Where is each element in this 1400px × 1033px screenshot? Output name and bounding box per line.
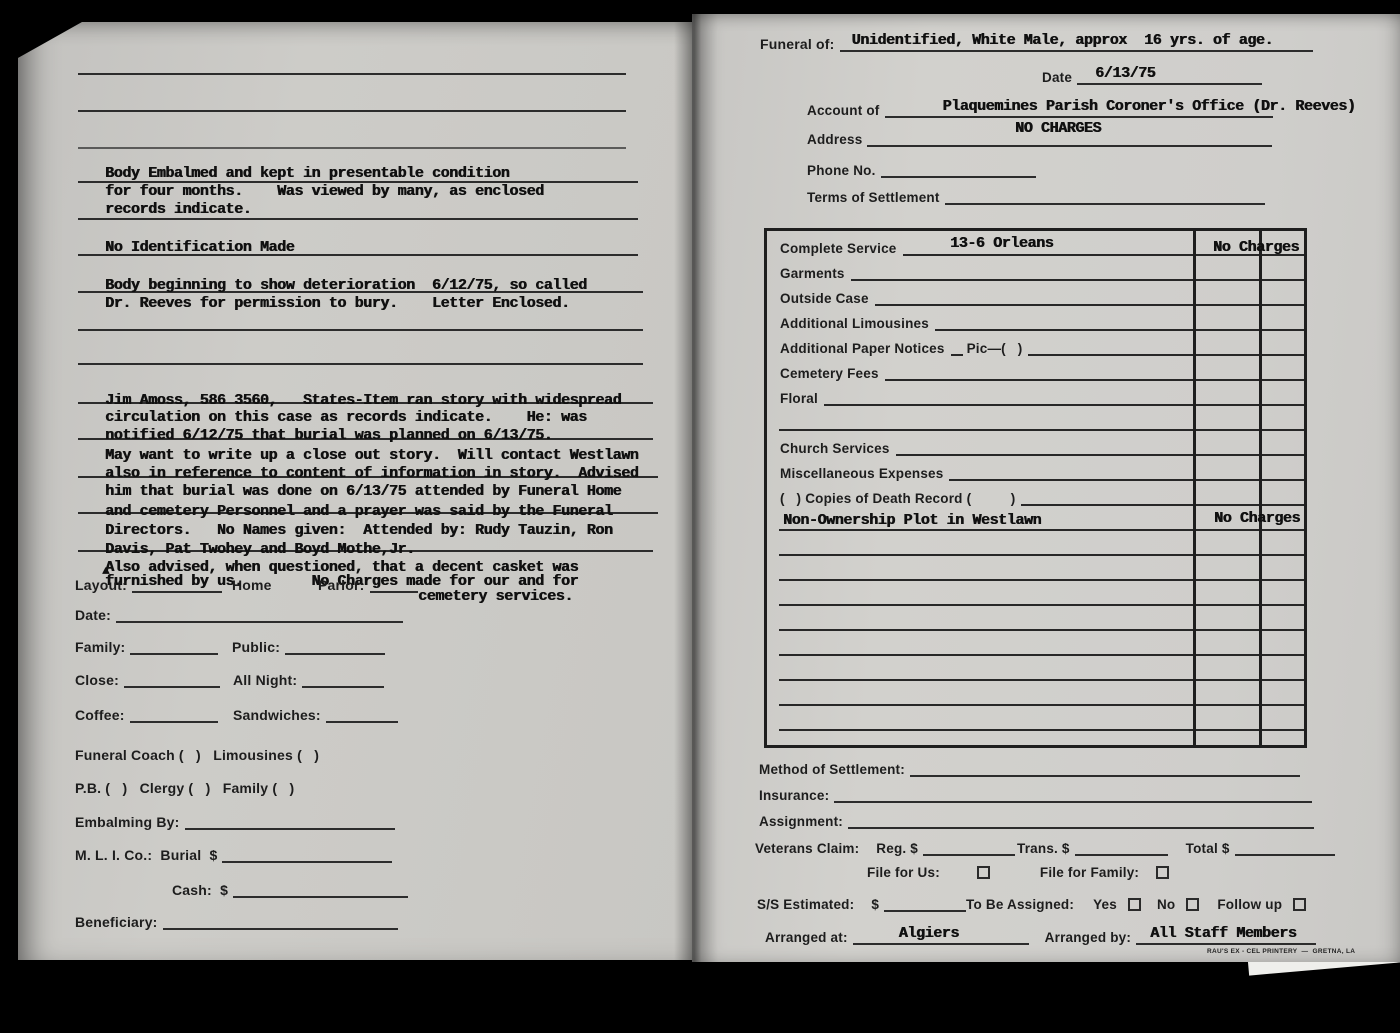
- table-row: [767, 631, 1304, 656]
- arranged-by-value: All Staff Members: [1150, 925, 1296, 942]
- field-family: Family:: [75, 633, 218, 655]
- field-label: Insurance:: [759, 788, 834, 803]
- table-row: Garments: [767, 256, 1304, 281]
- table-row: [767, 656, 1304, 681]
- row-label: ( ) Copies of Death Record ( ): [780, 491, 1021, 506]
- blank-line: [163, 926, 398, 930]
- field-label: Terms of Settlement: [807, 190, 945, 205]
- amount-entry: No Charges: [1213, 239, 1299, 256]
- blank-line: [851, 279, 1304, 281]
- row-label: Complete Service: [780, 241, 903, 256]
- ruled-line: [78, 363, 643, 365]
- blank-line: [885, 379, 1304, 381]
- table-row: [767, 681, 1304, 706]
- field-label: Sandwiches:: [233, 707, 326, 723]
- date-value: 6/13/75: [1095, 65, 1155, 82]
- blank-line: [923, 852, 1015, 856]
- field-label: File for Family:: [1040, 865, 1144, 880]
- blank-line: [233, 894, 408, 898]
- field-sandwiches: Sandwiches:: [233, 701, 398, 723]
- blank-line: [132, 589, 222, 593]
- field-layout: Layout:Home: [75, 571, 277, 593]
- ruled-line: [78, 147, 626, 149]
- blank-line: [1028, 354, 1304, 356]
- row-label: Outside Case: [780, 291, 875, 306]
- blank-line: [116, 619, 403, 623]
- field-label: M. L. I. Co.: Burial $: [75, 847, 222, 863]
- field-close: Close:: [75, 666, 220, 688]
- field-label: Trans. $: [1015, 841, 1075, 856]
- charges-table: Complete Service Garments Outside Case A…: [764, 228, 1307, 748]
- field-label: Assignment:: [759, 814, 848, 829]
- field-public: Public:: [232, 633, 385, 655]
- follow-up-checkbox: [1293, 898, 1306, 911]
- blank-line: [222, 859, 392, 863]
- field-pb-clergy-family: P.B. ( ) Clergy ( ) Family ( ): [75, 780, 294, 796]
- blank-line: [779, 429, 1304, 431]
- field-label: S/S Estimated:: [757, 897, 859, 912]
- blank-line: [951, 354, 963, 356]
- amount-column-divider: [1193, 231, 1196, 745]
- field-mli-burial: M. L. I. Co.: Burial $: [75, 841, 392, 863]
- field-label: $: [871, 897, 884, 912]
- field-label: Method of Settlement:: [759, 762, 910, 777]
- file-for-us-checkbox: [977, 866, 990, 879]
- blank-line: [779, 704, 1304, 706]
- field-coffee: Coffee:: [75, 701, 218, 723]
- field-label: Arranged at:: [765, 930, 853, 945]
- blank-line: [935, 329, 1304, 331]
- blank-line: [949, 479, 1304, 481]
- table-row: Floral: [767, 381, 1304, 406]
- field-label: Close:: [75, 672, 124, 688]
- field-label: Date: [1042, 70, 1077, 85]
- row-label: Miscellaneous Expenses: [780, 466, 949, 481]
- blank-line: [779, 729, 1304, 731]
- blank-line: [1235, 852, 1335, 856]
- field-label: Total $: [1186, 841, 1235, 856]
- table-row: [767, 581, 1304, 606]
- table-row: Miscellaneous Expenses: [767, 456, 1304, 481]
- field-label: Account of: [807, 103, 885, 118]
- ruled-line: [78, 218, 638, 220]
- blank-line: [884, 908, 966, 912]
- blank-line: Unidentified, White Male, approx 16 yrs.…: [840, 48, 1313, 52]
- table-row: Additional Limousines: [767, 306, 1304, 331]
- blank-line: 6/13/75: [1077, 81, 1262, 85]
- blank-line: [779, 554, 1304, 556]
- row-label: Additional Paper Notices: [780, 341, 951, 356]
- field-cash: Cash: $: [172, 876, 408, 898]
- field-phone: Phone No.: [807, 156, 1036, 178]
- typed-note-line: Jim Amoss, 586 3560, States-Item ran sto…: [105, 392, 621, 409]
- amount-entry: No Charges: [1214, 510, 1300, 527]
- field-arranged-at: Arranged at:AlgiersArranged by:All Staff…: [765, 923, 1316, 945]
- blank-line: [848, 825, 1314, 829]
- row-label: Floral: [780, 391, 824, 406]
- table-row: ( ) Copies of Death Record ( ): [767, 481, 1304, 506]
- blank-line: [1075, 852, 1168, 856]
- table-row: Cemetery Fees: [767, 356, 1304, 381]
- blank-line: [881, 174, 1036, 178]
- blank-line: [945, 201, 1265, 205]
- blank-line: [867, 143, 1272, 147]
- blank-line: [824, 404, 1304, 406]
- field-embalming-by: Embalming By:: [75, 808, 395, 830]
- blank-line: [779, 579, 1304, 581]
- amount-column-divider: [1259, 231, 1262, 745]
- field-assignment: Assignment:: [759, 807, 1314, 829]
- right-page: Funeral of:Unidentified, White Male, app…: [692, 14, 1400, 962]
- typed-note-line: Dr. Reeves for permission to bury. Lette…: [105, 295, 569, 312]
- blank-line: [326, 719, 398, 723]
- blank-line: [779, 679, 1304, 681]
- blank-line: [130, 719, 218, 723]
- ruled-line: [78, 110, 626, 112]
- no-checkbox: [1186, 898, 1199, 911]
- blank-line: [875, 304, 1304, 306]
- field-label: Embalming By:: [75, 814, 185, 830]
- typed-note-line: for four months. Was viewed by many, as …: [105, 183, 544, 200]
- complete-service-value: 13-6 Orleans: [950, 235, 1053, 252]
- field-parlor: Parlor:: [318, 571, 418, 593]
- ruled-line: [78, 73, 626, 75]
- field-label: Layout:: [75, 577, 132, 593]
- row-label: Garments: [780, 266, 851, 281]
- field-address: Address: [807, 125, 1272, 147]
- field-label: Parlor:: [318, 577, 370, 593]
- field-label: Phone No.: [807, 163, 881, 178]
- blank-line: [779, 529, 1304, 531]
- table-row: Outside Case: [767, 281, 1304, 306]
- typed-note-line: No Identification Made: [105, 239, 294, 256]
- yes-checkbox: [1128, 898, 1141, 911]
- field-label: Date:: [75, 607, 116, 623]
- blank-line: [779, 654, 1304, 656]
- typed-note-line: him that burial was done on 6/13/75 atte…: [105, 483, 621, 500]
- blank-line: [130, 651, 218, 655]
- blank-line: [910, 773, 1300, 777]
- blank-line: [779, 629, 1304, 631]
- table-row: Additional Paper NoticesPic—( ): [767, 331, 1304, 356]
- row-label: Cemetery Fees: [780, 366, 885, 381]
- field-terms: Terms of Settlement: [807, 183, 1265, 205]
- field-funeral-of: Funeral of:Unidentified, White Male, app…: [760, 30, 1313, 52]
- field-insurance: Insurance:: [759, 781, 1312, 803]
- ruled-line: [78, 329, 643, 331]
- field-label: Follow up: [1217, 897, 1287, 912]
- blank-line: [370, 589, 418, 593]
- field-method-of-settlement: Method of Settlement:: [759, 755, 1300, 777]
- blank-line: [896, 454, 1304, 456]
- blank-line: All Staff Members: [1136, 941, 1316, 945]
- field-beneficiary: Beneficiary:: [75, 908, 398, 930]
- typed-note-line: Directors. No Names given: Attended by: …: [105, 522, 613, 539]
- field-date: Date6/13/75: [1042, 63, 1262, 85]
- table-row: [767, 606, 1304, 631]
- field-label: Funeral of:: [760, 36, 840, 52]
- account-of-value: Plaquemines Parish Coroner's Office (Dr.…: [943, 98, 1356, 115]
- blank-line: [124, 684, 220, 688]
- printer-mark: RAU'S EX - CEL PRINTERY — GRETNA, LA: [1207, 948, 1355, 955]
- field-date: Date:: [75, 601, 403, 623]
- field-label: Public:: [232, 639, 285, 655]
- field-account-of: Account ofPlaquemines Parish Coroner's O…: [807, 96, 1273, 118]
- field-label: All Night:: [233, 672, 302, 688]
- row-label: Church Services: [780, 441, 896, 456]
- arranged-at-value: Algiers: [899, 925, 959, 942]
- table-row: [767, 406, 1304, 431]
- typed-note-line: Body beginning to show deterioration 6/1…: [105, 277, 587, 294]
- field-funeral-coach-limousines: Funeral Coach ( ) Limousines ( ): [75, 747, 319, 763]
- field-label: Reg. $: [876, 841, 923, 856]
- typed-note-line: notified 6/12/75 that burial was planned…: [105, 427, 552, 444]
- left-page: Body Embalmed and kept in presentable co…: [18, 22, 692, 960]
- field-label: Veterans Claim:: [755, 841, 864, 856]
- field-label: Cash: $: [172, 882, 233, 898]
- field-label: Beneficiary:: [75, 914, 163, 930]
- field-file-for: File for Us:File for Family:: [867, 862, 1169, 880]
- plot-entry: Non-Ownership Plot in Westlawn: [783, 512, 1041, 529]
- typed-note-line: Body Embalmed and kept in presentable co…: [105, 165, 509, 182]
- field-label: No: [1157, 897, 1180, 912]
- table-row: [767, 706, 1304, 731]
- blank-line: [285, 651, 385, 655]
- blank-line: [185, 826, 395, 830]
- field-label: Family:: [75, 639, 130, 655]
- typed-note-line: and cemetery Personnel and a prayer was …: [105, 503, 613, 520]
- field-ss-estimated: S/S Estimated:$To Be Assigned:YesNoFollo…: [757, 890, 1306, 912]
- blank-line: [779, 604, 1304, 606]
- table-row: Church Services: [767, 431, 1304, 456]
- field-label: File for Us:: [867, 865, 945, 880]
- blank-line: [834, 799, 1312, 803]
- typed-note-line: circulation on this case as records indi…: [105, 409, 587, 426]
- blank-line: Plaquemines Parish Coroner's Office (Dr.…: [885, 114, 1273, 118]
- field-label: Coffee:: [75, 707, 130, 723]
- typed-note-line: Davis, Pat Twohey and Boyd Mothe,Jr.: [105, 541, 415, 558]
- typed-note-line: records indicate.: [105, 201, 251, 218]
- field-all-night: All Night:: [233, 666, 384, 688]
- field-label: Address: [807, 132, 867, 147]
- field-label: Home: [232, 577, 277, 593]
- typed-note-line: also in reference to content of informat…: [105, 465, 638, 482]
- row-label-suffix: Pic—( ): [967, 341, 1029, 356]
- field-label: Arranged by:: [1045, 930, 1136, 945]
- table-row: [767, 556, 1304, 581]
- typed-note-line: cemetery services.: [418, 588, 573, 605]
- file-for-family-checkbox: [1156, 866, 1169, 879]
- row-label: Additional Limousines: [780, 316, 935, 331]
- typed-note-line: May want to write up a close out story. …: [105, 447, 638, 464]
- blank-line: [302, 684, 384, 688]
- blank-line: Algiers: [853, 941, 1029, 945]
- field-label: To Be Assigned:: [966, 897, 1079, 912]
- field-veterans-claim: Veterans Claim:Reg. $Trans. $Total $: [755, 834, 1335, 856]
- field-label: Yes: [1093, 897, 1122, 912]
- table-row: [767, 531, 1304, 556]
- funeral-of-value: Unidentified, White Male, approx 16 yrs.…: [852, 32, 1273, 49]
